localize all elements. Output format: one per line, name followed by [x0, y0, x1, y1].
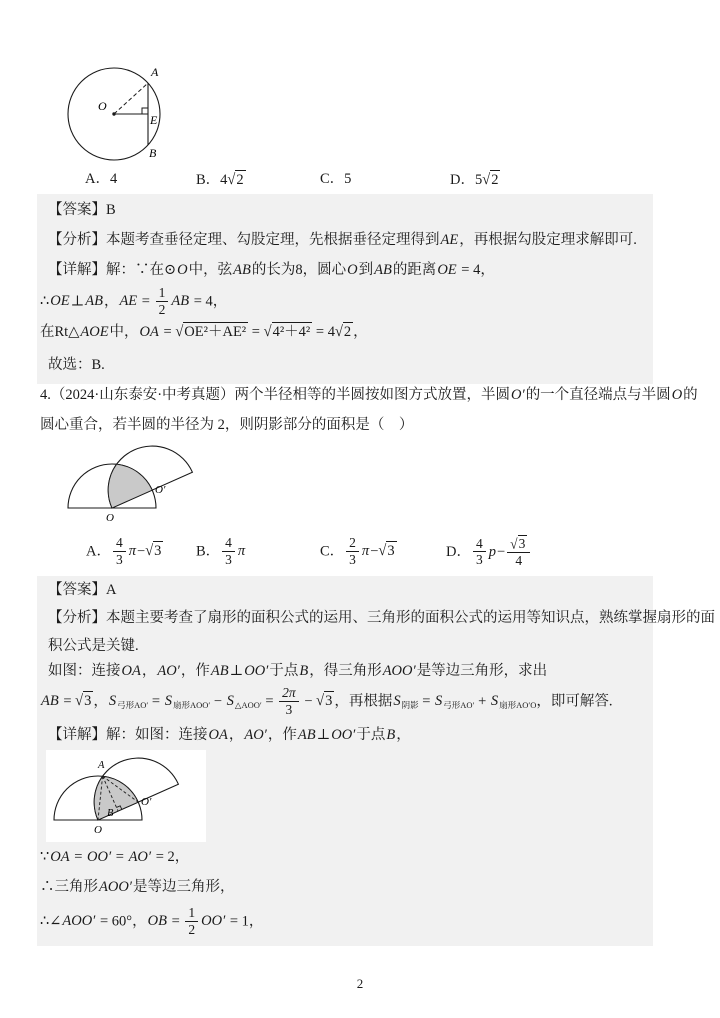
- q4-detail-line: 【详解】解：如图：连接OA，AO′，作AB⊥OO′于点B，: [48, 726, 411, 746]
- q4-stem-line-1: 4.（2024·山东泰安·中考真题）两个半径相等的半圆按如图方式放置，半圆O′的…: [40, 386, 698, 406]
- radius-oa-dashed: [114, 83, 148, 114]
- q4-option-b: B．43π: [196, 536, 246, 568]
- q3-analysis-line: 【分析】本题考查垂径定理、勾股定理，先根据垂径定理得到AE，再根据勾股定理求解即…: [48, 231, 637, 251]
- q4-answer-line: 【答案】A: [48, 581, 116, 601]
- q4-analysis-formula: AB = √3，S弓形AO′ = S扇形AOO′ − S△AOO′ = 2π3 …: [40, 686, 613, 718]
- q3-step-line-2: 在Rt△AOE中，OA = √OE²＋AE² = √4²＋4² = 4√2，: [40, 322, 368, 343]
- construction-diagram-q4: A B O O′: [50, 752, 200, 838]
- q4-analysis-line-3: 如图：连接OA，AO′，作AB⊥OO′于点B，得三角形AOO′是等边三角形，求出: [48, 662, 547, 682]
- label-o: O: [106, 512, 114, 524]
- q4-step-line-2: ∴三角形AOO′是等边三角形，: [40, 878, 234, 898]
- label-e: E: [149, 113, 158, 127]
- q3-option-d: D．5√2: [450, 170, 500, 191]
- q4-step-line-3: ∴∠AOO′ = 60°，OB = 12OO′ = 1，: [40, 906, 263, 938]
- shaded-overlap-region: [94, 776, 138, 820]
- q3-step-line-1: ∴OE⊥AB，AE = 12AB = 4，: [40, 286, 227, 318]
- q3-conclusion-line: 故选：B.: [48, 356, 105, 376]
- q4-analysis-line-1: 【分析】本题主要考查了扇形的面积公式的运用、三角形的面积公式的运用等知识点，熟练…: [48, 609, 715, 629]
- label-o-prime: O′: [141, 796, 152, 808]
- right-angle-mark: [142, 108, 148, 114]
- page-number: 2: [0, 976, 720, 992]
- q4-option-c: C．23π−√3: [320, 536, 397, 568]
- q4-analysis-line-2: 积公式是关键.: [48, 637, 139, 657]
- label-o: O: [94, 824, 102, 836]
- q3-option-a: A．4: [85, 170, 117, 190]
- q3-option-b: B．4√2: [196, 170, 246, 191]
- document-page: A O E B A．4 B．4√2 C．5 D．5√2 【答案】B 【分析】本题…: [0, 0, 720, 1018]
- q4-option-a: A．43π−√3: [86, 536, 163, 568]
- label-a: A: [150, 65, 159, 79]
- q3-option-c: C．5: [320, 170, 351, 190]
- label-b: B: [149, 146, 157, 160]
- q4-option-d: D．43p−√34: [446, 536, 532, 569]
- label-o: O: [98, 99, 107, 113]
- q3-answer-line: 【答案】B: [48, 201, 116, 221]
- label-b: B: [107, 808, 114, 819]
- q4-stem-line-2: 圆心重合，若半圆的半径为 2，则阴影部分的面积是（ ）: [40, 416, 413, 436]
- q3-detail-line: 【详解】解：∵在⊙O中，弦AB的长为8，圆心O到AB的距离OE = 4，: [48, 261, 495, 281]
- q4-step-line-1: ∵OA = OO′ = AO′ = 2，: [40, 848, 189, 868]
- label-o-prime: O′: [155, 484, 166, 496]
- circle-diagram-q3: A O E B: [66, 60, 176, 166]
- semicircles-diagram-q4: O O′: [64, 442, 214, 524]
- shaded-overlap-region: [108, 464, 152, 508]
- label-a: A: [97, 760, 105, 771]
